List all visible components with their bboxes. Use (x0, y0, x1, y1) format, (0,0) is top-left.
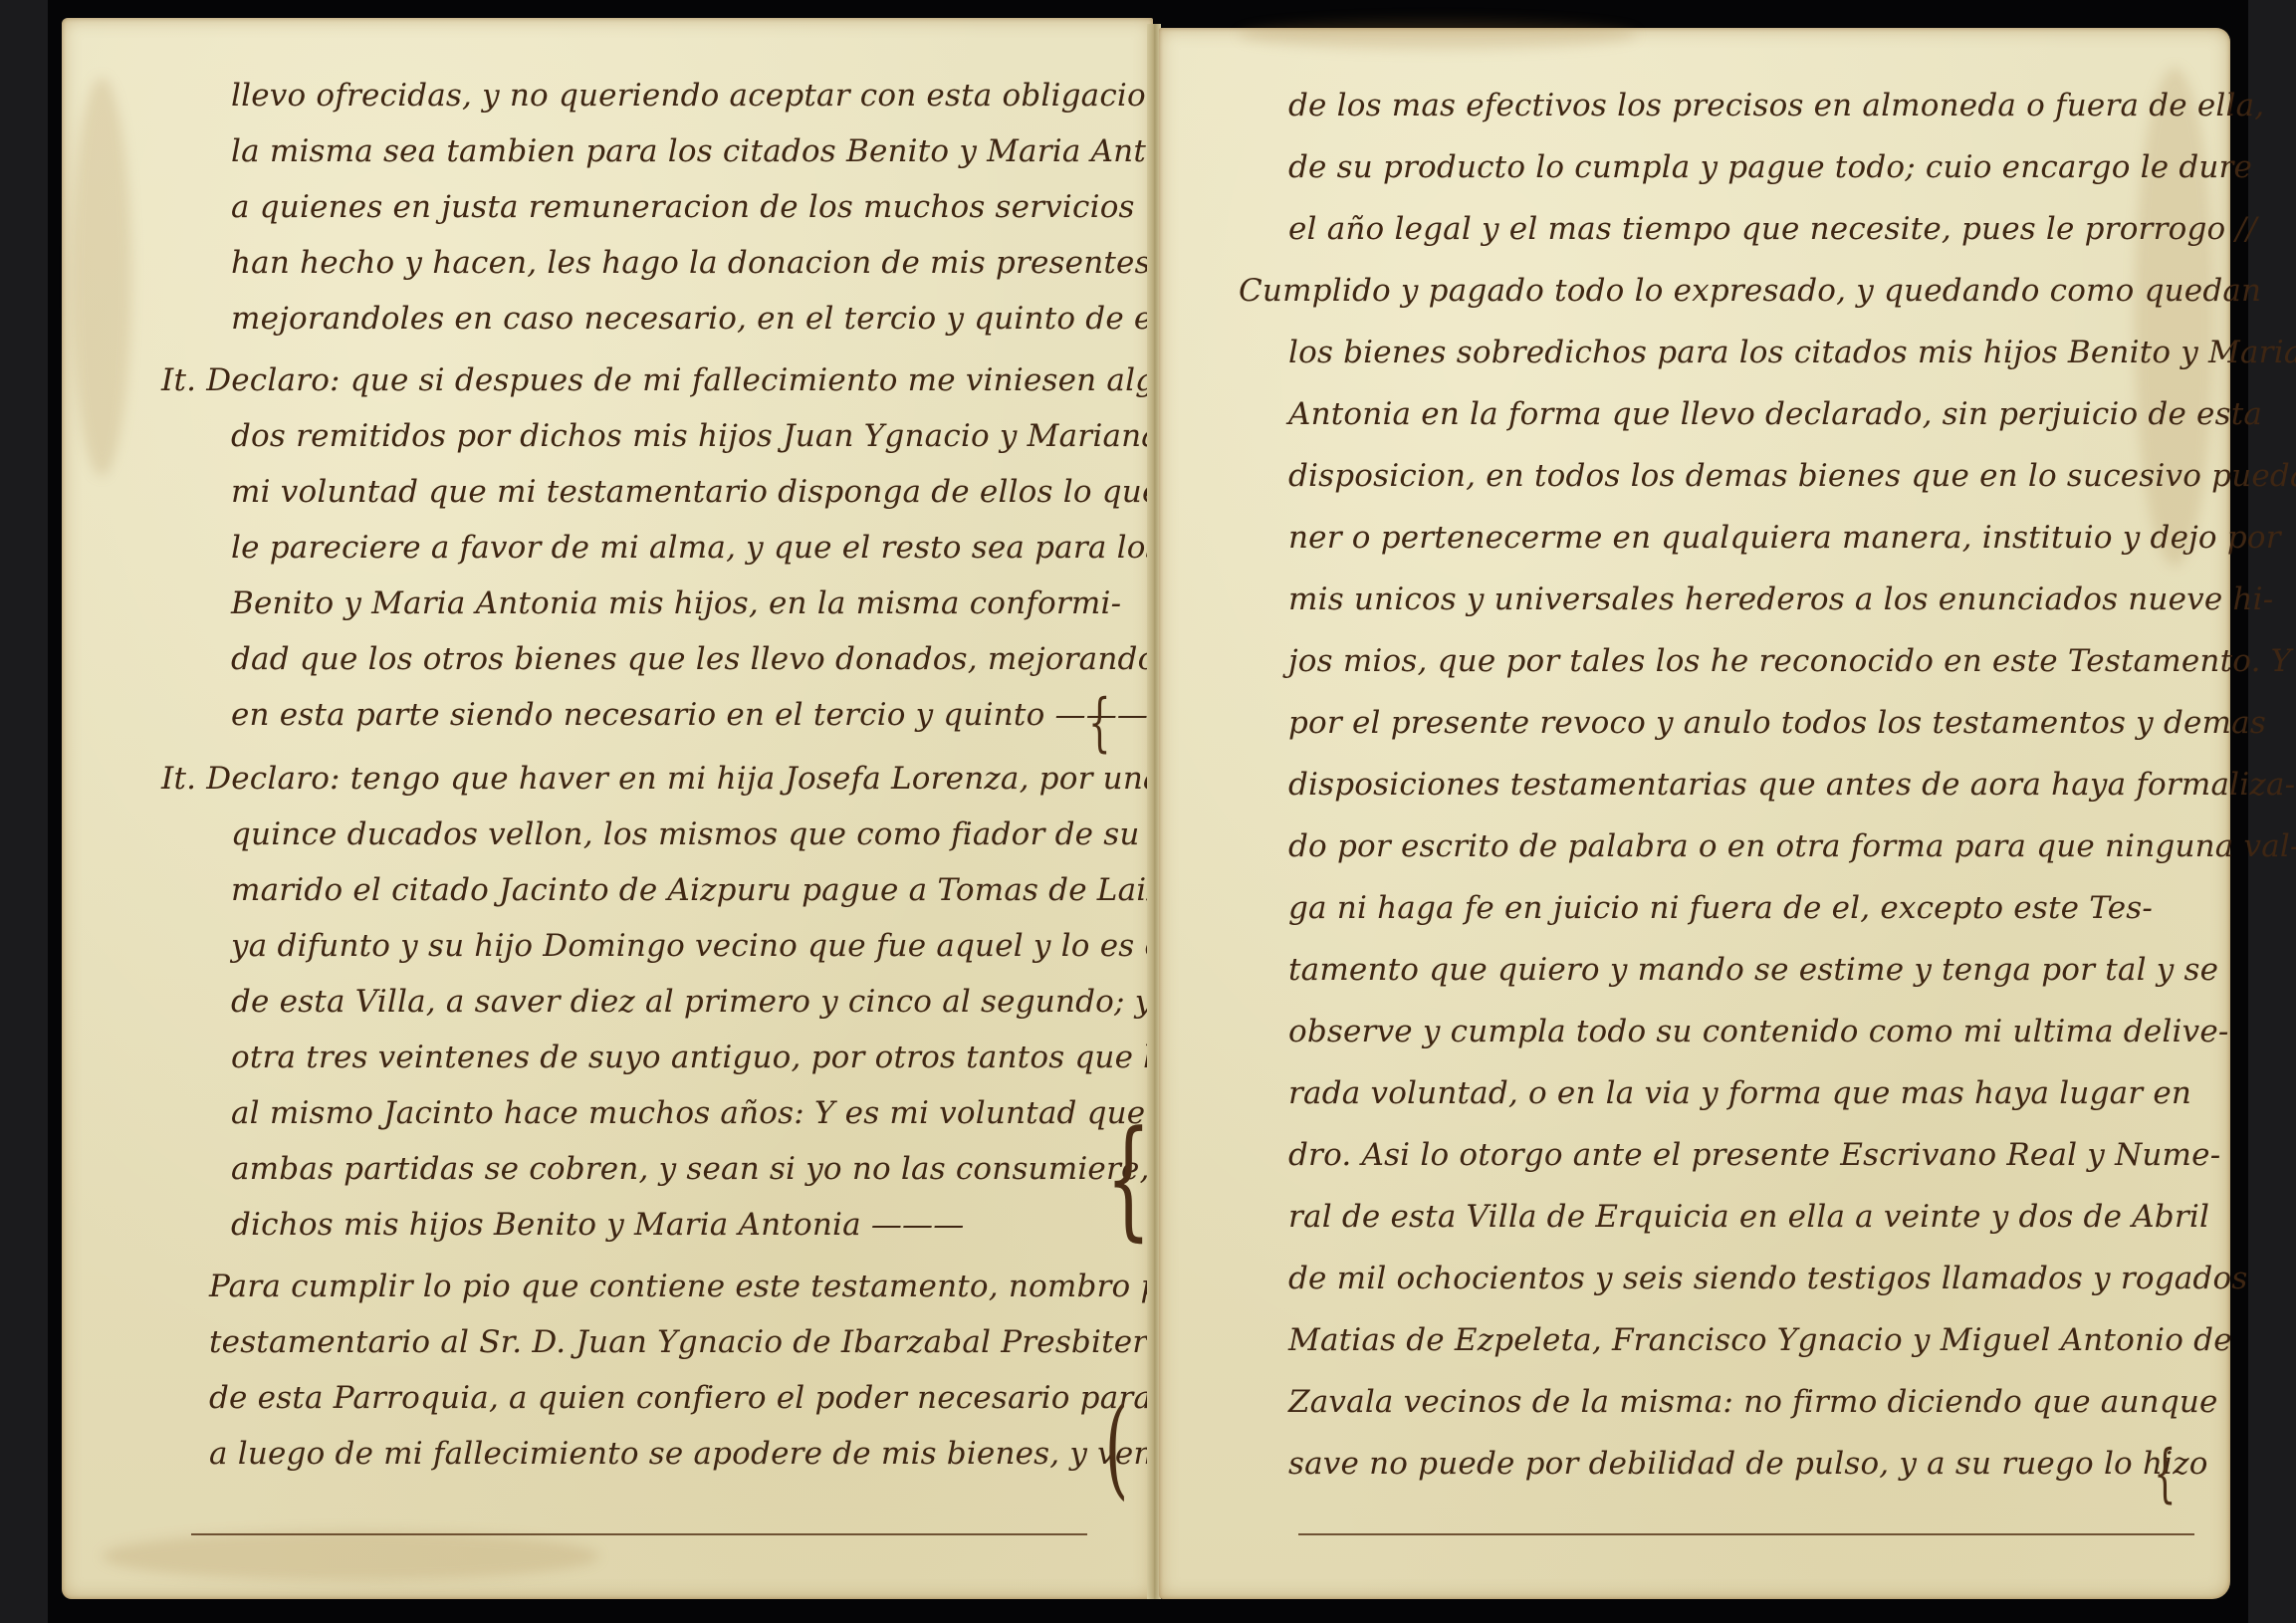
text-line: Cumplido y pagado todo lo expresado, y q… (1239, 273, 2261, 309)
text-line: Matias de Ezpeleta, Francisco Ygnacio y … (1288, 1322, 2232, 1358)
text-line: dos remitidos por dichos mis hijos Juan … (231, 418, 1215, 454)
text-line: mis unicos y universales herederos a los… (1288, 581, 2273, 617)
margin-brace: ( (1105, 1392, 1129, 1502)
right-page: de los mas efectivos los precisos en alm… (1159, 28, 2230, 1599)
text-line: Benito y Maria Antonia mis hijos, en la … (231, 585, 1121, 621)
text-line: le pareciere a favor de mi alma, y que e… (231, 530, 1285, 566)
text-line: mejorandoles en caso necesario, en el te… (231, 301, 1218, 337)
text-line: Zavala vecinos de la misma: no firmo dic… (1288, 1384, 2218, 1420)
text-line: la misma sea tambien para los citados Be… (231, 133, 1224, 169)
text-line: mi voluntad que mi testamentario dispong… (231, 474, 1161, 510)
margin-brace: { (2154, 1442, 2176, 1506)
text-line: Antonia en la forma que llevo declarado,… (1288, 396, 2262, 432)
text-line: tamento que quiero y mando se estime y t… (1288, 952, 2218, 988)
text-line: testamentario al Sr. D. Juan Ygnacio de … (209, 1324, 1281, 1360)
text-line: ga ni haga fe en juicio ni fuera de el, … (1288, 890, 2153, 926)
text-line: ambas partidas se cobren, y sean si yo n… (231, 1151, 1232, 1187)
margin-brace: { (1088, 691, 1110, 755)
text-line: marido el citado Jacinto de Aizpuru pagu… (231, 872, 1182, 908)
text-line: disposiciones testamentarias que antes d… (1288, 767, 2295, 803)
text-line: It. Declaro: tengo que haver en mi hija … (161, 761, 1257, 797)
closing-rule (1298, 1533, 2194, 1535)
text-line: al mismo Jacinto hace muchos años: Y es … (231, 1095, 1145, 1131)
text-line: de su producto lo cumpla y pague todo; c… (1288, 149, 2252, 185)
text-line: el año legal y el mas tiempo que necesit… (1288, 211, 2257, 247)
text-line: do por escrito de palabra o en otra form… (1288, 828, 2296, 864)
text-line: dro. Asi lo otorgo ante el presente Escr… (1288, 1137, 2220, 1173)
text-line: save no puede por debilidad de pulso, y … (1288, 1446, 2208, 1482)
text-line: de esta Villa, a saver diez al primero y… (231, 984, 1216, 1020)
text-line: a quienes en justa remuneracion de los m… (231, 189, 1262, 225)
text-line: de los mas efectivos los precisos en alm… (1288, 88, 2264, 123)
text-line: disposicion, en todos los demas bienes q… (1288, 458, 2296, 494)
text-line: han hecho y hacen, les hago la donacion … (231, 245, 1273, 281)
text-line: It. Declaro: que si despues de mi fallec… (161, 362, 1231, 398)
left-page-text: llevo ofrecidas, y no queriendo aceptar … (62, 18, 1153, 1599)
text-line: otra tres veintenes de suyo antiguo, por… (231, 1040, 1282, 1075)
margin-brace: { (1106, 1113, 1151, 1243)
text-line: los bienes sobredichos para los citados … (1288, 335, 2296, 370)
text-line: jos mios, que por tales los he reconocid… (1288, 643, 2291, 679)
text-line: llevo ofrecidas, y no queriendo aceptar … (231, 78, 1261, 114)
left-page: llevo ofrecidas, y no queriendo aceptar … (62, 18, 1153, 1599)
text-line: ya difunto y su hijo Domingo vecino que … (231, 928, 1210, 964)
text-line: de esta Parroquia, a quien confiero el p… (209, 1380, 1221, 1416)
text-line: Para cumplir lo pio que contiene este te… (209, 1269, 1244, 1304)
text-line: rada voluntad, o en la via y forma que m… (1288, 1075, 2191, 1111)
text-line: a luego de mi fallecimiento se apodere d… (209, 1436, 1261, 1472)
text-line: ner o pertenecerme en qualquiera manera,… (1288, 520, 2281, 556)
text-line: por el presente revoco y anulo todos los… (1288, 705, 2266, 741)
text-line: de mil ochocientos y seis siendo testigo… (1288, 1261, 2247, 1296)
text-line: ral de esta Villa de Erquicia en ella a … (1288, 1199, 2209, 1235)
text-line: observe y cumpla todo su contenido como … (1288, 1014, 2229, 1049)
text-line: quince ducados vellon, los mismos que co… (231, 816, 1263, 852)
text-line: dichos mis hijos Benito y Maria Antonia … (231, 1207, 964, 1243)
closing-rule (191, 1533, 1087, 1535)
right-page-text: de los mas efectivos los precisos en alm… (1159, 28, 2230, 1599)
text-line: en esta parte siendo necesario en el ter… (231, 697, 1148, 733)
